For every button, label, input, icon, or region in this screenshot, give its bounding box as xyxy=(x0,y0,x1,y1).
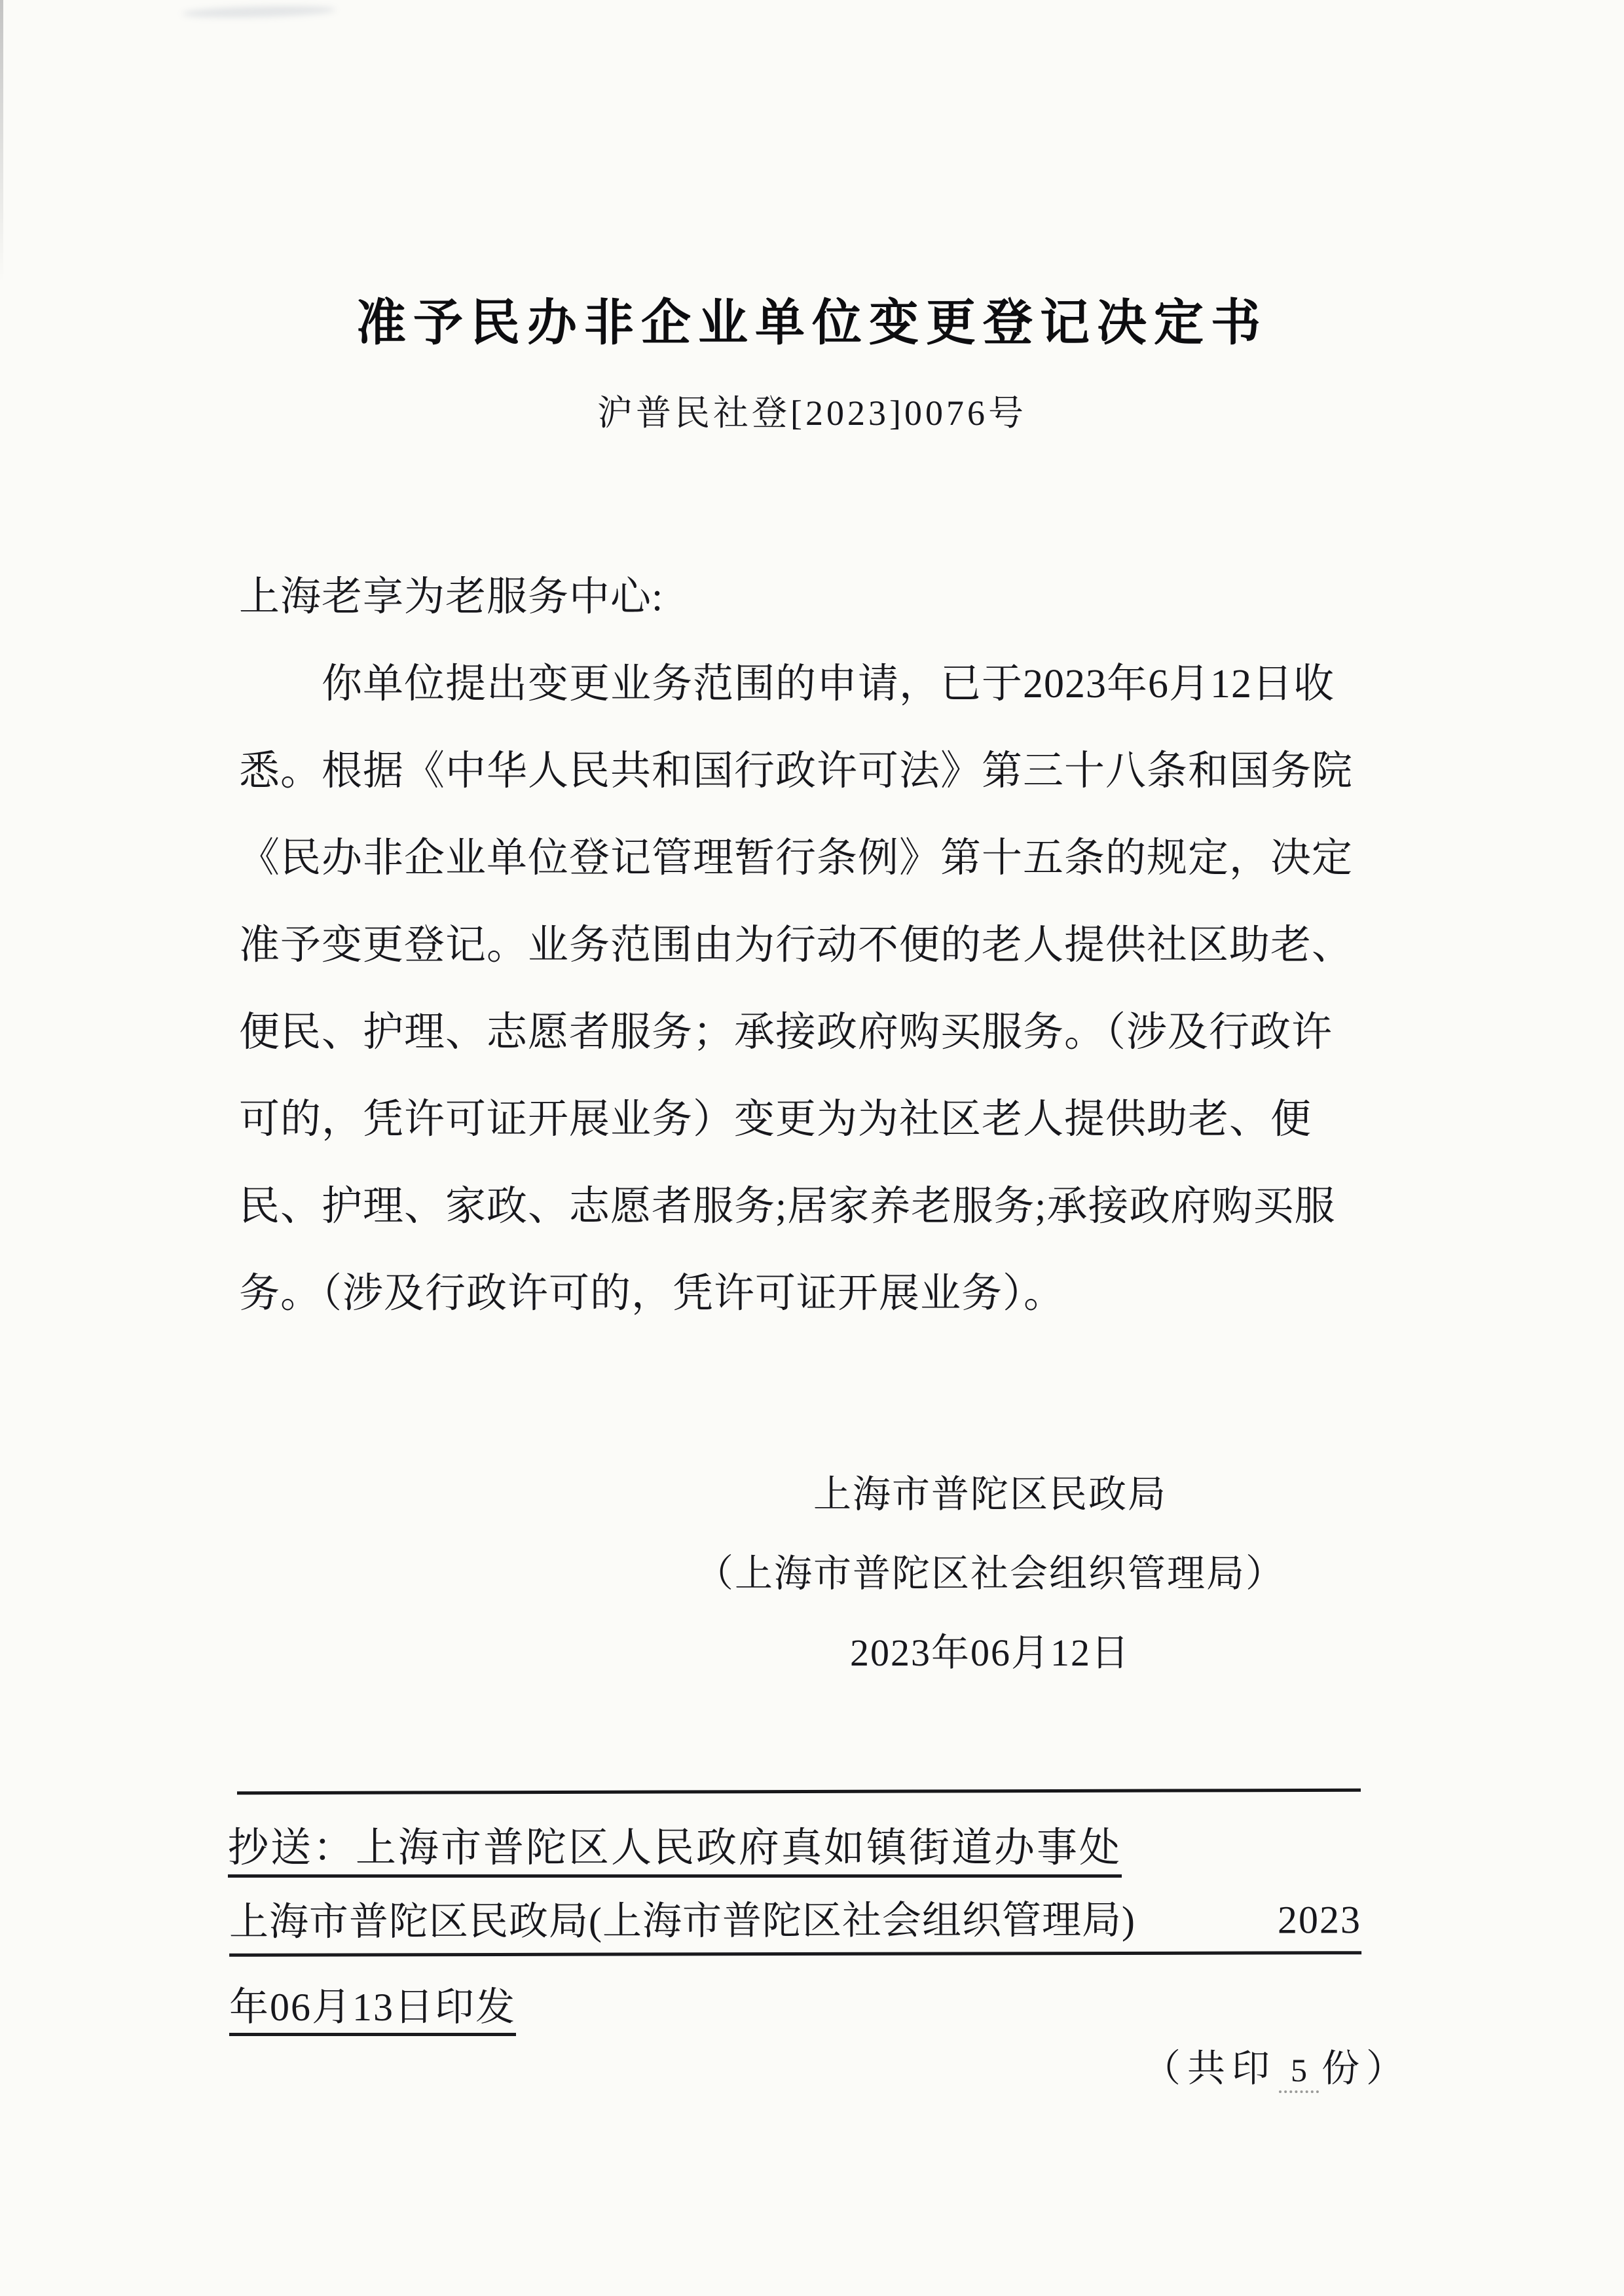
scan-smudge-artifact xyxy=(182,5,336,19)
cc-text: 抄送：上海市普陀区人民政府真如镇街道办事处 xyxy=(228,1826,1122,1878)
doc-number: 沪普民社登[2023]0076号 xyxy=(0,385,1624,435)
issuer-line: 上海市普陀区民政局(上海市普陀区社会组织管理局) 2023 xyxy=(229,1888,1361,1957)
body-line: 民、护理、家政、志愿者服务;居家养老服务;承接政府购买服 xyxy=(239,1163,1392,1250)
page-title: 准予民办非企业单位变更登记决定书 xyxy=(0,283,1624,354)
copies-suffix: 份） xyxy=(1321,2047,1411,2090)
salutation: 上海老享为老服务中心: xyxy=(239,554,1392,641)
copies-prefix: （共印 xyxy=(1143,2047,1276,2090)
signature-block: 上海市普陀区民政局 （上海市普陀区社会组织管理局） 2023年06月12日 xyxy=(630,1455,1350,1692)
issue-year: 2023 xyxy=(1278,1897,1361,1942)
body-line: 可的，凭许可证开展业务）变更为为社区老人提供助老、便 xyxy=(239,1076,1392,1163)
scan-edge-shadow xyxy=(0,0,3,282)
issue-date-line: 年06月13日印发 xyxy=(229,1976,516,2032)
signature-authority-alt: （上海市普陀区社会组织管理局） xyxy=(630,1534,1350,1613)
copies-line: （共印5份） xyxy=(1143,2037,1411,2093)
cc-line: 抄送：上海市普陀区人民政府真如镇街道办事处 xyxy=(228,1815,1122,1873)
body-line: 便民、护理、志愿者服务；承接政府购买服务。（涉及行政许 xyxy=(239,989,1392,1076)
issuer-text: 上海市普陀区民政局(上海市普陀区社会组织管理局) xyxy=(229,1889,1135,1947)
signature-authority: 上海市普陀区民政局 xyxy=(630,1455,1350,1534)
body-line: 《民办非企业单位登记管理暂行条例》第十五条的规定，决定 xyxy=(239,815,1392,902)
scanned-document-page: 准予民办非企业单位变更登记决定书 沪普民社登[2023]0076号 上海老享为老… xyxy=(0,0,1624,2296)
issue-date-text: 年06月13日印发 xyxy=(229,1986,516,2036)
signature-date: 2023年06月12日 xyxy=(630,1613,1350,1692)
footer-separator-line xyxy=(237,1789,1361,1795)
body-line: 悉。根据《中华人民共和国行政许可法》第三十八条和国务院 xyxy=(239,728,1392,815)
body-line: 务。（涉及行政许可的，凭许可证开展业务）。 xyxy=(239,1250,1392,1338)
body-line: 你单位提出变更业务范围的申请，已于2023年6月12日收 xyxy=(239,641,1392,728)
body-text: 上海老享为老服务中心: 你单位提出变更业务范围的申请，已于2023年6月12日收… xyxy=(239,554,1392,1338)
copies-count: 5 xyxy=(1279,2051,1319,2093)
body-line: 准予变更登记。业务范围由为行动不便的老人提供社区助老、 xyxy=(239,902,1392,989)
